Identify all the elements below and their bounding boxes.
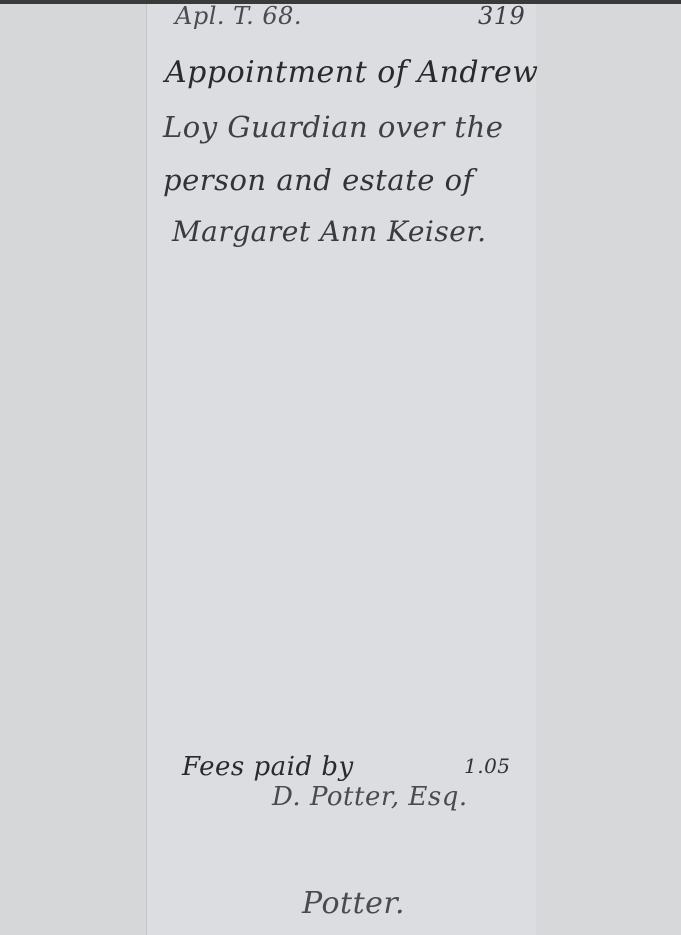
fees-amount: 1.05 bbox=[464, 754, 511, 778]
body-line-2: Loy Guardian over the bbox=[163, 110, 503, 144]
right-folded-panel bbox=[536, 4, 681, 935]
fees-label: Fees paid by bbox=[182, 752, 354, 782]
body-line-1: Appointment of Andrew bbox=[165, 55, 538, 90]
left-folded-panel bbox=[0, 4, 146, 935]
fees-paid-by: D. Potter, Esq. bbox=[272, 782, 468, 812]
signature: Potter. bbox=[302, 886, 405, 921]
body-line-4: Margaret Ann Keiser. bbox=[172, 215, 487, 248]
body-line-3: person and estate of bbox=[163, 163, 474, 197]
docket-number: 319 bbox=[478, 2, 525, 30]
term-date: Apl. T. 68. bbox=[175, 2, 302, 30]
